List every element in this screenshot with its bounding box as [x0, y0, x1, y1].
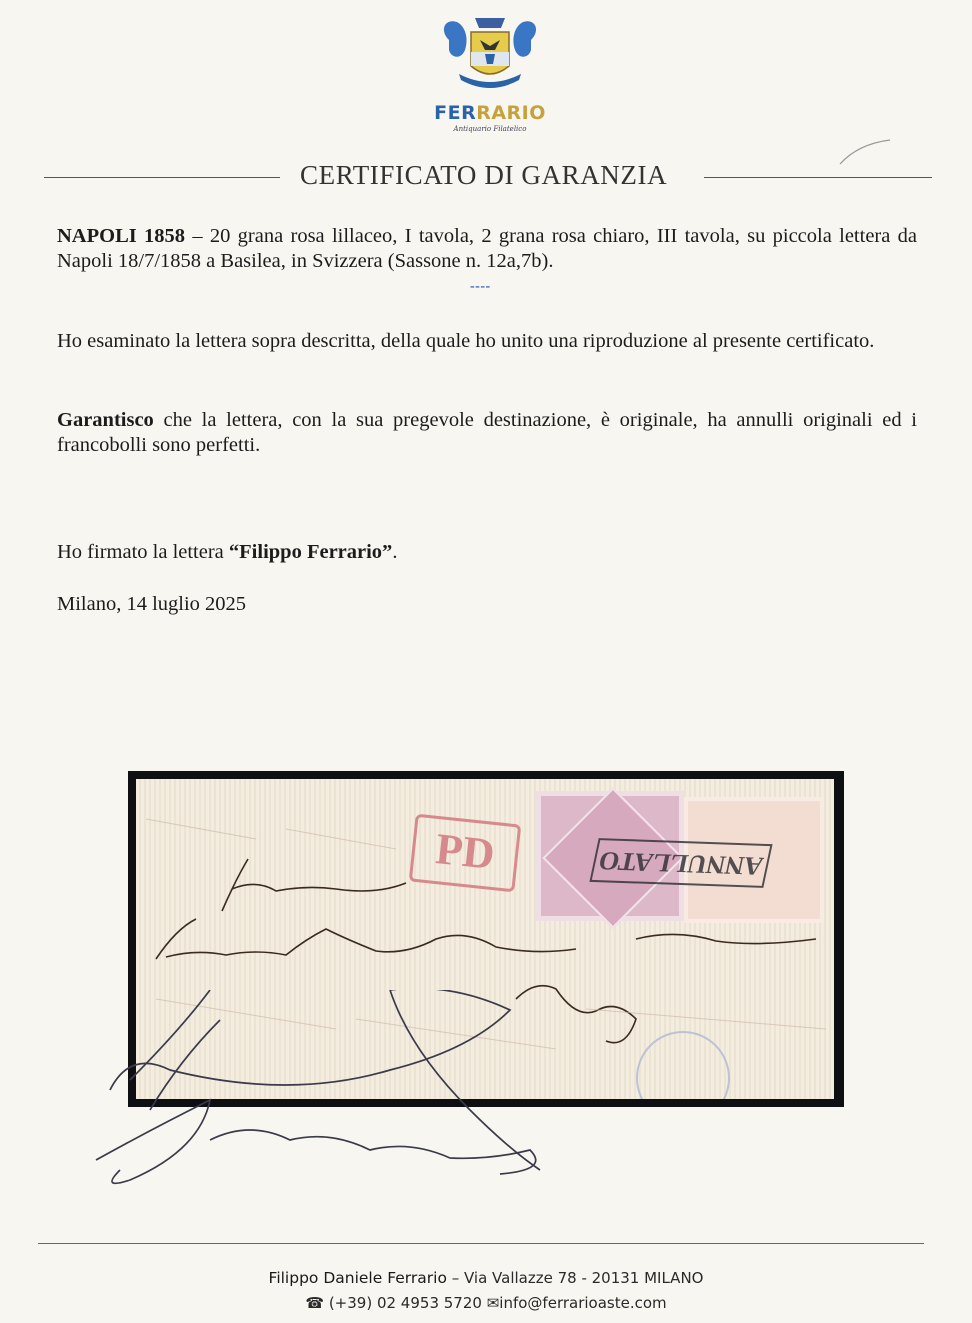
brand-tagline: Antiquario Filatelico	[430, 125, 550, 133]
title-rule-left	[44, 177, 280, 178]
separator: ----	[470, 279, 491, 295]
brand-name: FERRARIO	[430, 102, 550, 124]
item-description: NAPOLI 1858 – 20 grana rosa lillaceo, I …	[57, 224, 917, 274]
examined-statement: Ho esaminato la lettera sopra descritta,…	[57, 329, 917, 354]
ferrario-logo: FERRARIO Antiquario Filatelico	[430, 10, 550, 133]
footer-contact: ☎ (+39) 02 4953 5720 ✉info@ferrarioaste.…	[0, 1294, 972, 1312]
footer-address: Filippo Daniele Ferrario – Via Vallazze …	[0, 1269, 972, 1287]
email-address: info@ferrarioaste.com	[499, 1294, 666, 1312]
coat-of-arms-icon	[435, 10, 545, 100]
place-date: Milano, 14 luglio 2025	[57, 592, 917, 617]
signature	[90, 990, 570, 1200]
envelope-icon: ✉	[487, 1294, 500, 1312]
signed-statement: Ho firmato la lettera “Filippo Ferrario”…	[57, 540, 917, 565]
phone-number: (+39) 02 4953 5720	[329, 1294, 482, 1312]
certificate-title: CERTIFICATO DI GARANZIA	[300, 160, 667, 191]
certificate-title-row: CERTIFICATO DI GARANZIA	[44, 158, 932, 194]
guarantee-statement: Garantisco che la lettera, con la sua pr…	[57, 408, 917, 458]
footer-rule	[38, 1243, 924, 1244]
title-rule-right	[704, 177, 932, 178]
telephone-icon: ☎	[305, 1294, 324, 1312]
